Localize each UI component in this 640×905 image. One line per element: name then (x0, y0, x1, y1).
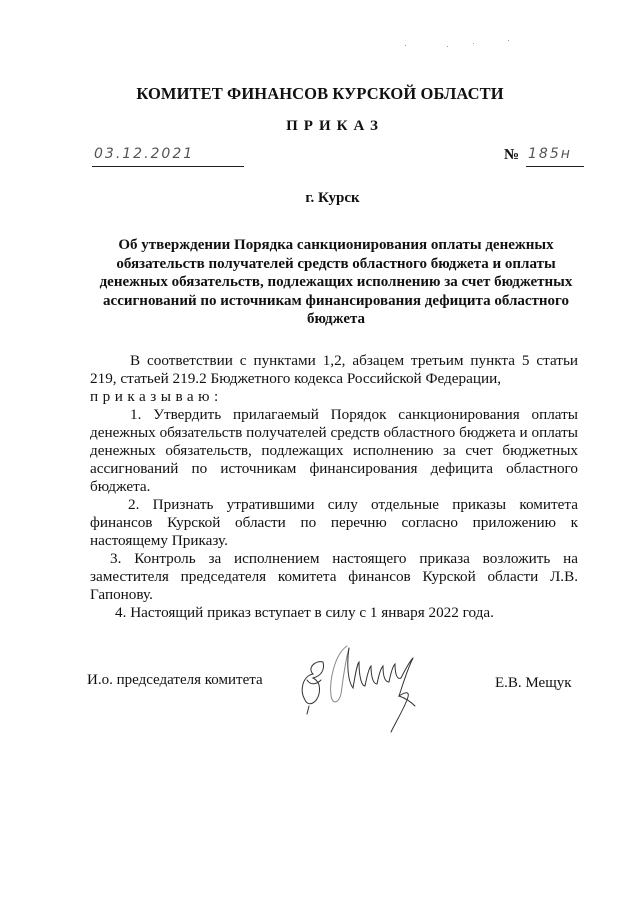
preamble: В соответствии с пунктами 1,2, абзацем т… (90, 352, 578, 406)
signatory-name: Е.В. Мещук (495, 675, 572, 692)
handwritten-signature-icon (295, 640, 445, 735)
preamble-text: В соответствии с пунктами 1,2, абзацем т… (90, 352, 578, 387)
signatory-role: И.о. председателя комитета (87, 672, 263, 689)
item-2: 2. Признать утратившими силу отдельные п… (90, 496, 578, 550)
document-title: Об утверждении Порядка санкционирования … (90, 236, 582, 329)
item-4: 4. Настоящий приказ вступает в силу с 1 … (90, 604, 578, 622)
handwritten-number: 185н (528, 146, 572, 162)
number-label: № (504, 147, 519, 164)
number-field: 185н (526, 146, 584, 167)
order-word: приказываю: (90, 388, 223, 405)
document-type: ПРИКАЗ (0, 118, 640, 135)
city: г. Курск (0, 190, 640, 207)
document-body: В соответствии с пунктами 1,2, абзацем т… (90, 352, 578, 622)
date-field: 03.12.2021 (92, 146, 244, 167)
item-3: 3. Контроль за исполнением настоящего пр… (90, 550, 578, 604)
organization-header: КОМИТЕТ ФИНАНСОВ КУРСКОЙ ОБЛАСТИ (0, 84, 640, 104)
handwritten-date: 03.12.2021 (94, 146, 194, 162)
scan-specks (400, 40, 520, 50)
item-1: 1. Утвердить прилагаемый Порядок санкцио… (90, 406, 578, 496)
